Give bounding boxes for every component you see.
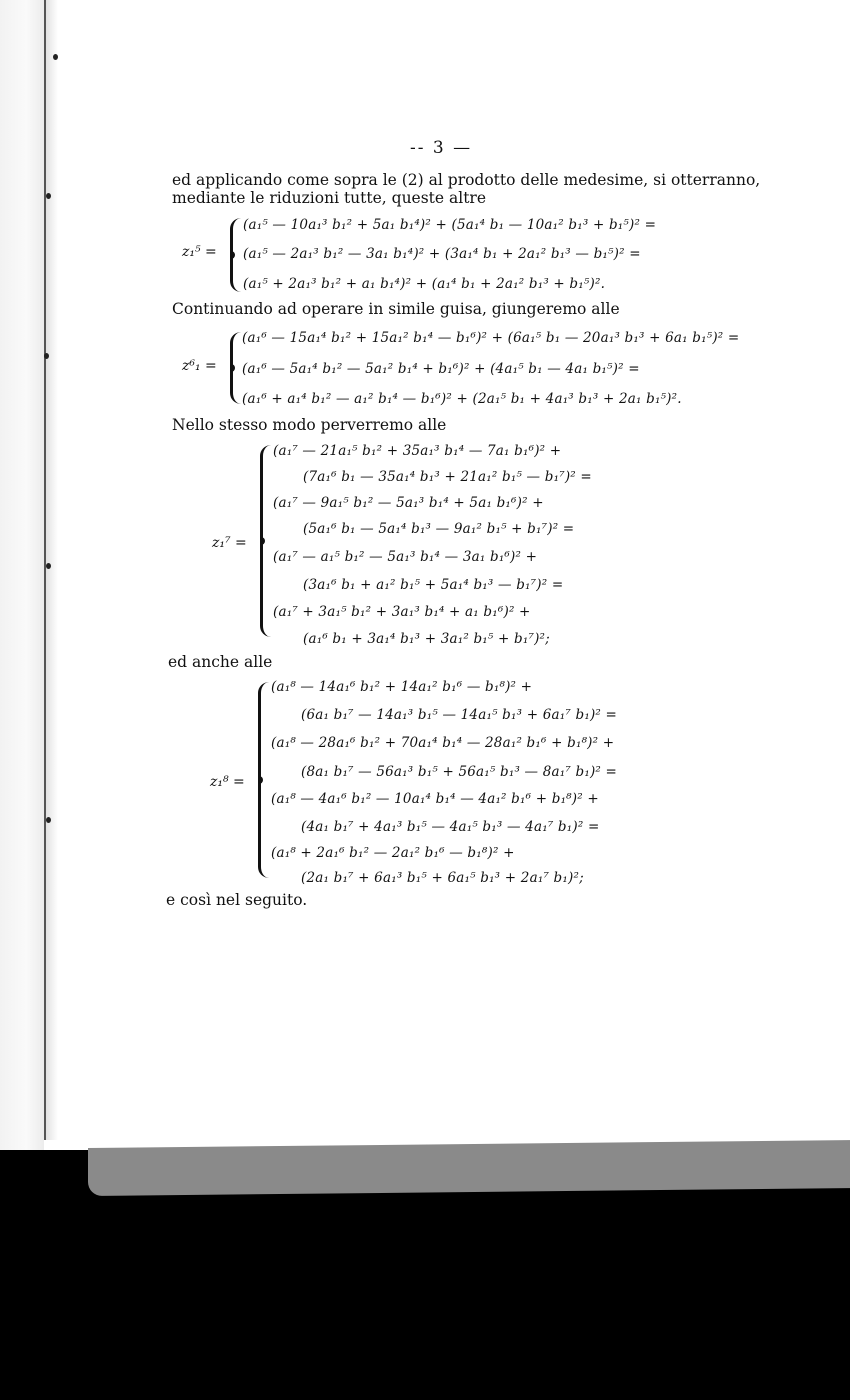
z6-line-3: (a₁⁶ + a₁⁴ b₁² — a₁² b₁⁴ — b₁⁶)² + (2a₁⁵… <box>242 391 682 407</box>
z8-line-4: (8a₁ b₁⁷ — 56a₁³ b₁⁵ + 56a₁⁵ b₁³ — 8a₁⁷ … <box>301 764 617 780</box>
scanned-page: -- 3 — ed applicando come sopra le (2) a… <box>0 0 850 1150</box>
z8-line-7: (a₁⁸ + 2a₁⁶ b₁² — 2a₁² b₁⁶ — b₁⁸)² + <box>271 845 515 861</box>
z7-line-1: (a₁⁷ — 21a₁⁵ b₁² + 35a₁³ b₁⁴ — 7a₁ b₁⁶)²… <box>273 443 561 459</box>
z8-line-3: (a₁⁸ — 28a₁⁶ b₁² + 70a₁⁴ b₁⁴ — 28a₁² b₁⁶… <box>271 735 614 751</box>
intro-line-1: ed applicando come sopra le (2) al prodo… <box>172 170 760 190</box>
ink-spot-icon <box>46 193 51 199</box>
intro-line-2: mediante le riduzioni tutte, queste altr… <box>172 188 486 208</box>
ink-spot-icon <box>46 563 51 569</box>
z8-line-5: (a₁⁸ — 4a₁⁶ b₁² — 10a₁⁴ b₁⁴ — 4a₁² b₁⁶ +… <box>271 791 599 807</box>
z5-line-2: (a₁⁵ — 2a₁³ b₁² — 3a₁ b₁⁴)² + (3a₁⁴ b₁ +… <box>243 246 641 262</box>
z7-line-8: (a₁⁶ b₁ + 3a₁⁴ b₁³ + 3a₁² b₁⁵ + b₁⁷)²; <box>303 631 550 647</box>
z8-line-6: (4a₁ b₁⁷ + 4a₁³ b₁⁵ — 4a₁⁵ b₁³ — 4a₁⁷ b₁… <box>301 819 599 835</box>
z8-line-1: (a₁⁸ — 14a₁⁶ b₁² + 14a₁² b₁⁶ — b₁⁸)² + <box>271 679 532 695</box>
z7-line-7: (a₁⁷ + 3a₁⁵ b₁² + 3a₁³ b₁⁴ + a₁ b₁⁶)² + <box>273 604 531 620</box>
same-way-text: Nello stesso modo perverremo alle <box>172 415 446 435</box>
z7-brace-icon <box>260 445 271 637</box>
z8-label: z₁⁸ = <box>210 774 245 790</box>
z5-label: z₁⁵ = <box>182 244 217 260</box>
z7-label: z₁⁷ = <box>212 535 247 551</box>
z7-line-4: (5a₁⁶ b₁ — 5a₁⁴ b₁³ — 9a₁² b₁⁵ + b₁⁷)² = <box>303 521 574 537</box>
and-also-text: ed anche alle <box>168 652 272 672</box>
z7-line-6: (3a₁⁶ b₁ + a₁² b₁⁵ + 5a₁⁴ b₁³ — b₁⁷)² = <box>303 577 563 593</box>
z8-brace-icon <box>258 682 269 878</box>
book-cover-edge <box>88 1140 850 1196</box>
page-binding-margin <box>0 0 44 1150</box>
z5-brace-icon <box>230 218 241 292</box>
z7-line-2: (7a₁⁶ b₁ — 35a₁⁴ b₁³ + 21a₁² b₁⁵ — b₁⁷)²… <box>303 469 592 485</box>
z7-line-3: (a₁⁷ — 9a₁⁵ b₁² — 5a₁³ b₁⁴ + 5a₁ b₁⁶)² + <box>273 495 544 511</box>
ink-spot-icon <box>44 353 49 359</box>
continue-text: Continuando ad operare in simile guisa, … <box>172 299 620 319</box>
ink-spot-icon <box>46 817 51 823</box>
z6-label: z⁶₁ = <box>182 358 217 374</box>
z5-line-1: (a₁⁵ — 10a₁³ b₁² + 5a₁ b₁⁴)² + (5a₁⁴ b₁ … <box>243 217 656 233</box>
z7-line-5: (a₁⁷ — a₁⁵ b₁² — 5a₁³ b₁⁴ — 3a₁ b₁⁶)² + <box>273 549 537 565</box>
z5-line-3: (a₁⁵ + 2a₁³ b₁² + a₁ b₁⁴)² + (a₁⁴ b₁ + 2… <box>243 276 605 292</box>
binding-shadow <box>46 0 58 1140</box>
z6-line-2: (a₁⁶ — 5a₁⁴ b₁² — 5a₁² b₁⁴ + b₁⁶)² + (4a… <box>242 361 640 377</box>
and-so-on-text: e così nel seguito. <box>166 890 307 910</box>
z8-line-2: (6a₁ b₁⁷ — 14a₁³ b₁⁵ — 14a₁⁵ b₁³ + 6a₁⁷ … <box>301 707 617 723</box>
z6-line-1: (a₁⁶ — 15a₁⁴ b₁² + 15a₁² b₁⁴ — b₁⁶)² + (… <box>242 330 739 346</box>
z6-brace-icon <box>230 332 241 404</box>
ink-spot-icon <box>53 54 58 60</box>
page-number: -- 3 — <box>410 138 472 158</box>
z8-line-8: (2a₁ b₁⁷ + 6a₁³ b₁⁵ + 6a₁⁵ b₁³ + 2a₁⁷ b₁… <box>301 870 584 886</box>
